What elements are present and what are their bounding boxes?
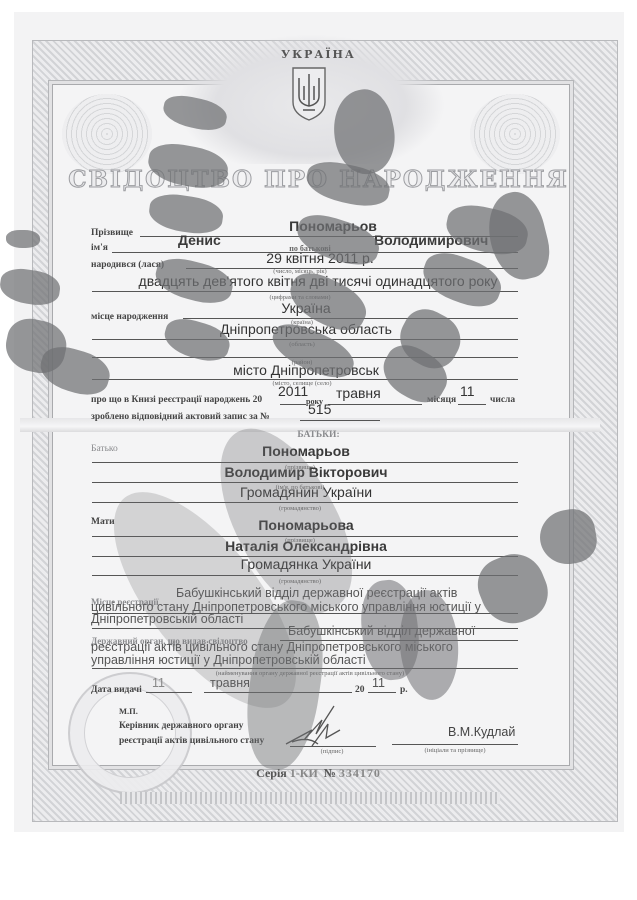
right-rosette-ornament	[470, 94, 560, 174]
child-name: Денис	[178, 232, 221, 248]
issue-year-prefix: 20	[355, 685, 365, 695]
registration-year: 2011	[278, 383, 308, 399]
registration-month: травня	[336, 385, 381, 401]
official-name: В.М.Кудлай	[448, 725, 515, 739]
name-label: ім'я	[91, 243, 108, 253]
month-line	[328, 404, 422, 405]
number-sign: №	[324, 766, 336, 780]
issue-year-line	[368, 692, 396, 693]
birthplace-label: місце народження	[91, 312, 168, 322]
certificate-number: 334170	[339, 766, 381, 780]
country-heading: УКРАЇНА	[0, 48, 637, 61]
mother-label: Мати	[91, 517, 115, 527]
signature-caption: (підпис)	[321, 748, 344, 755]
day-label: числа	[490, 395, 515, 405]
record-text: зроблено відповідний актовий запис за №	[91, 412, 270, 422]
issue-date-label: Дата видачі	[91, 685, 142, 695]
book-text: про що в Книзі реєстрації народжень 20	[91, 395, 262, 405]
parents-heading: БАТЬКИ:	[0, 430, 637, 440]
bottom-ornament	[120, 792, 500, 804]
left-rosette-ornament	[62, 94, 152, 174]
series-number: Серія 1-КИ № 334170	[0, 766, 637, 781]
record-number: 515	[308, 401, 331, 417]
head-label-1: Керівник державного органу	[119, 721, 243, 731]
day-line	[458, 404, 486, 405]
year-line	[280, 404, 306, 405]
head-label-2: реєстрації актів цивільного стану	[119, 736, 264, 746]
issue-day-line	[146, 692, 192, 693]
record-number-line	[300, 420, 380, 421]
issue-year-suffix: р.	[400, 685, 408, 695]
issue-day: 11	[152, 676, 165, 690]
series-code: 1-КИ	[290, 766, 318, 780]
official-name-line	[392, 744, 518, 745]
trident-coat-of-arms-icon	[291, 66, 327, 122]
seal-label: М.П.	[119, 706, 138, 716]
father-label: Батько	[91, 444, 118, 454]
surname-label: Прізвище	[91, 228, 133, 238]
registration-day: 11	[460, 383, 475, 399]
official-caption: (ініціали та прізвище)	[425, 747, 486, 754]
born-label: народився (лася)	[91, 260, 164, 270]
